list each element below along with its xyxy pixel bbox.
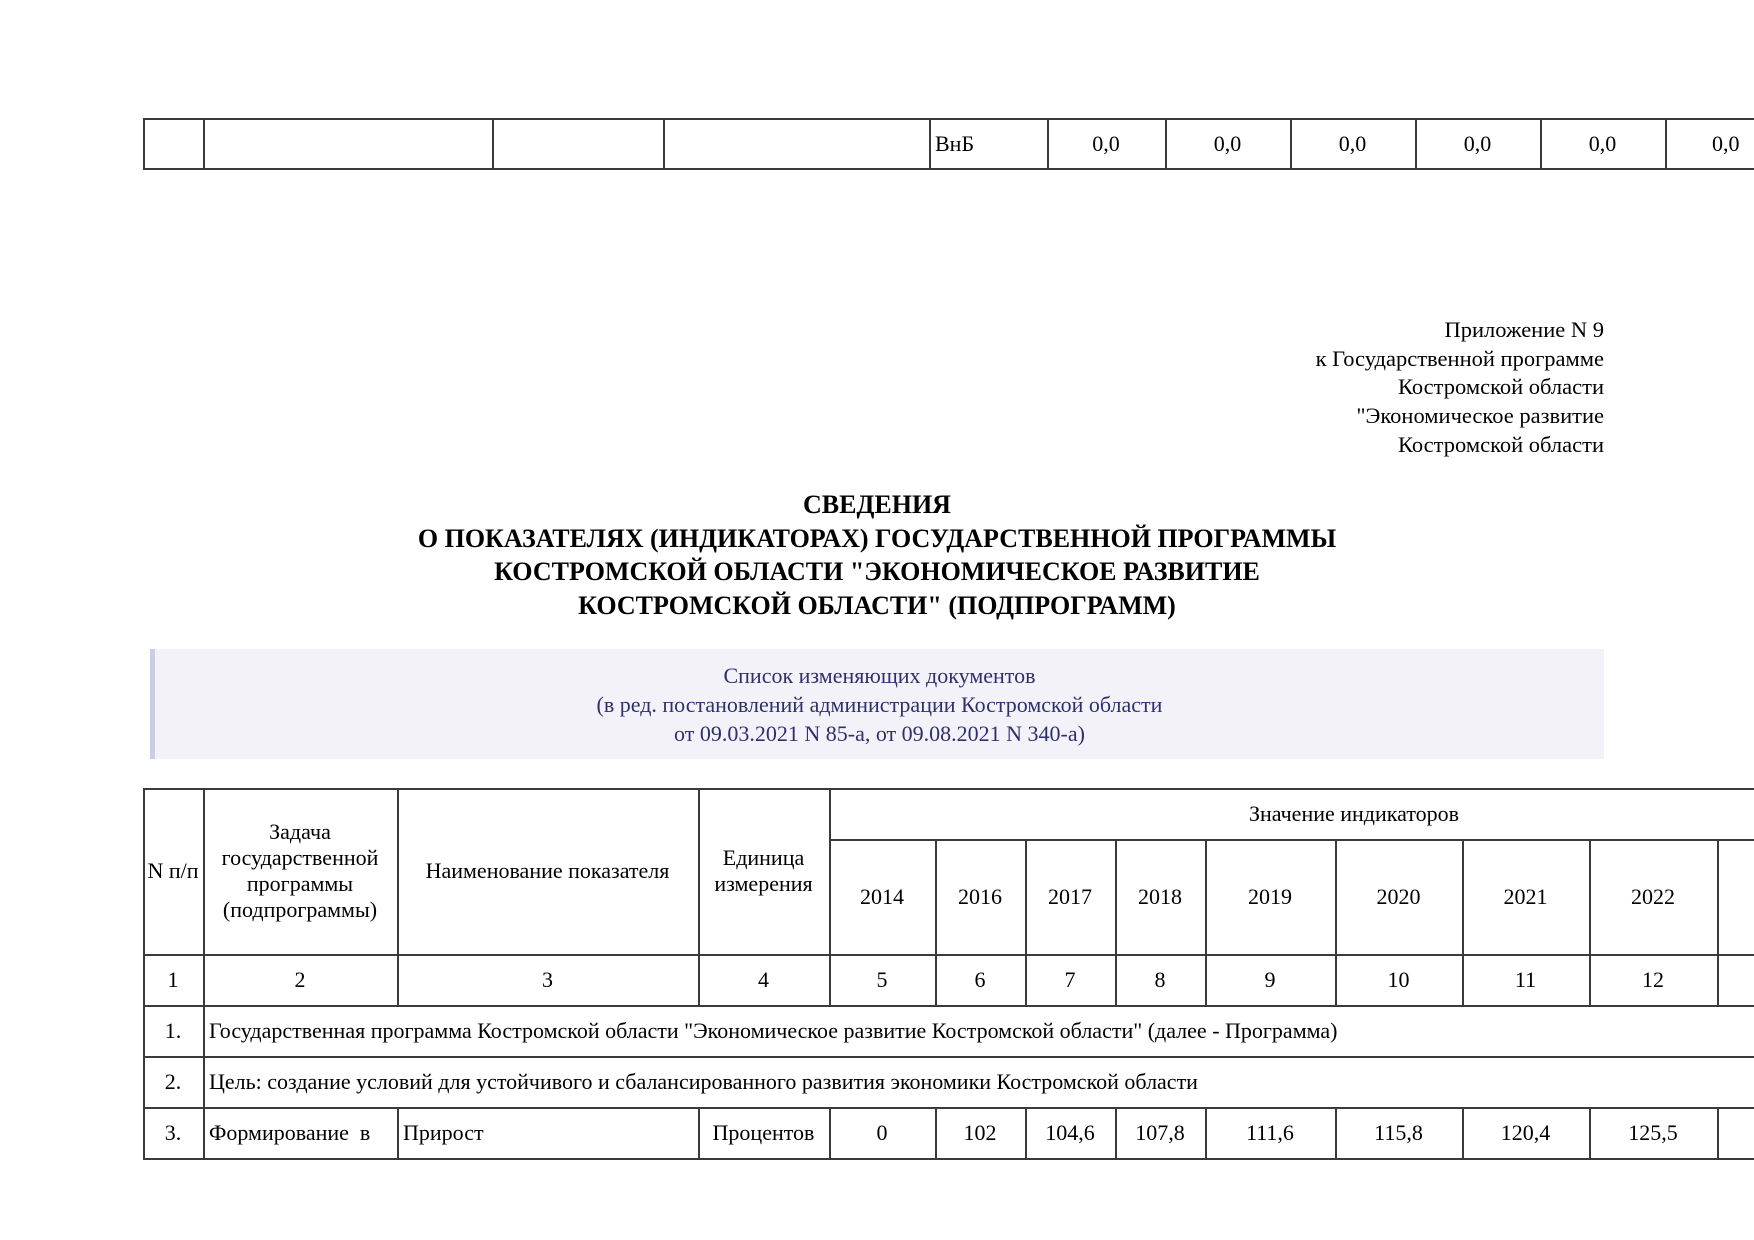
column-number: 5	[829, 954, 935, 1005]
title-line: КОСТРОМСКОЙ ОБЛАСТИ" (ПОДПРОГРАММ)	[0, 589, 1754, 623]
column-number: 1	[143, 954, 203, 1005]
revision-line[interactable]: (в ред. постановлений администрации Кост…	[155, 690, 1604, 719]
title-line: КОСТРОМСКОЙ ОБЛАСТИ "ЭКОНОМИЧЕСКОЕ РАЗВИ…	[0, 555, 1754, 589]
value-cell: 102	[935, 1107, 1025, 1158]
value-cell: 120,4	[1462, 1107, 1589, 1158]
divider	[1717, 839, 1719, 1006]
value-cell: 0,0	[1415, 118, 1540, 170]
funding-source-cell: ВнБ	[929, 118, 1047, 170]
header-task: Задача государственной программы (подпро…	[203, 788, 397, 954]
header-year: 2019	[1205, 839, 1335, 954]
header-year: 2021	[1462, 839, 1589, 954]
column-number: 7	[1025, 954, 1115, 1005]
annex-line: к Государственной программе	[1316, 345, 1604, 374]
header-year: 2018	[1115, 839, 1205, 954]
header-year: 2016	[935, 839, 1025, 954]
header-year: 2014	[829, 839, 935, 954]
title-line: О ПОКАЗАТЕЛЯХ (ИНДИКАТОРАХ) ГОСУДАРСТВЕН…	[0, 522, 1754, 556]
row-number: 1.	[143, 1005, 203, 1056]
column-number: 2	[203, 954, 397, 1005]
annex-line: Костромской области	[1316, 373, 1604, 402]
value-cell: 104,6	[1025, 1107, 1115, 1158]
indicator-name-cell: Прирост	[397, 1107, 698, 1158]
value-cell: 0,0	[1165, 118, 1290, 170]
revision-list-box: Список изменяющих документов (в ред. пос…	[150, 649, 1604, 759]
header-indicator-name: Наименование показателя	[397, 788, 698, 954]
divider	[1717, 1107, 1719, 1159]
value-cell: 125,5	[1589, 1107, 1717, 1158]
document-title: СВЕДЕНИЯ О ПОКАЗАТЕЛЯХ (ИНДИКАТОРАХ) ГОС…	[0, 488, 1754, 623]
column-number: 10	[1335, 954, 1462, 1005]
value-cell: 107,8	[1115, 1107, 1205, 1158]
header-year: 2020	[1335, 839, 1462, 954]
task-cell: Формирование в	[203, 1107, 397, 1158]
goal-cell: Цель: создание условий для устойчивого и…	[203, 1056, 1754, 1107]
annex-line: "Экономическое развитие	[1316, 402, 1604, 431]
divider	[203, 118, 205, 170]
unit-cell: Процентов	[698, 1107, 829, 1158]
program-title-cell: Государственная программа Костромской об…	[203, 1005, 1754, 1056]
title-line: СВЕДЕНИЯ	[0, 488, 1754, 522]
value-cell: 0,0	[1540, 118, 1665, 170]
column-number: 9	[1205, 954, 1335, 1005]
row-number: 3.	[143, 1107, 203, 1158]
annex-note: Приложение N 9 к Государственной програм…	[1316, 316, 1604, 460]
column-number: 3	[397, 954, 698, 1005]
column-number: 12	[1589, 954, 1717, 1005]
column-number: 4	[698, 954, 829, 1005]
value-cell: 0,0	[1290, 118, 1415, 170]
table-border-bottom	[143, 1158, 1754, 1160]
header-year: 2022	[1589, 839, 1717, 954]
value-cell: 0	[829, 1107, 935, 1158]
divider	[663, 118, 665, 170]
row-number: 2.	[143, 1056, 203, 1107]
annex-line: Приложение N 9	[1316, 316, 1604, 345]
header-unit: Единица измерения	[698, 788, 829, 954]
header-values-group: Значение индикаторов	[829, 788, 1754, 839]
revision-heading: Список изменяющих документов	[155, 661, 1604, 690]
revision-line[interactable]: от 09.03.2021 N 85-а, от 09.08.2021 N 34…	[155, 719, 1604, 748]
header-year: 2017	[1025, 839, 1115, 954]
value-cell: 111,6	[1205, 1107, 1335, 1158]
column-number: 11	[1462, 954, 1589, 1005]
value-cell: 0,0	[1665, 118, 1754, 170]
value-cell: 115,8	[1335, 1107, 1462, 1158]
header-num: N п/п	[143, 788, 203, 954]
annex-line: Костромской области	[1316, 431, 1604, 460]
value-cell: 0,0	[1047, 118, 1165, 170]
column-number: 6	[935, 954, 1025, 1005]
column-number: 8	[1115, 954, 1205, 1005]
divider	[143, 118, 145, 170]
divider	[492, 118, 494, 170]
